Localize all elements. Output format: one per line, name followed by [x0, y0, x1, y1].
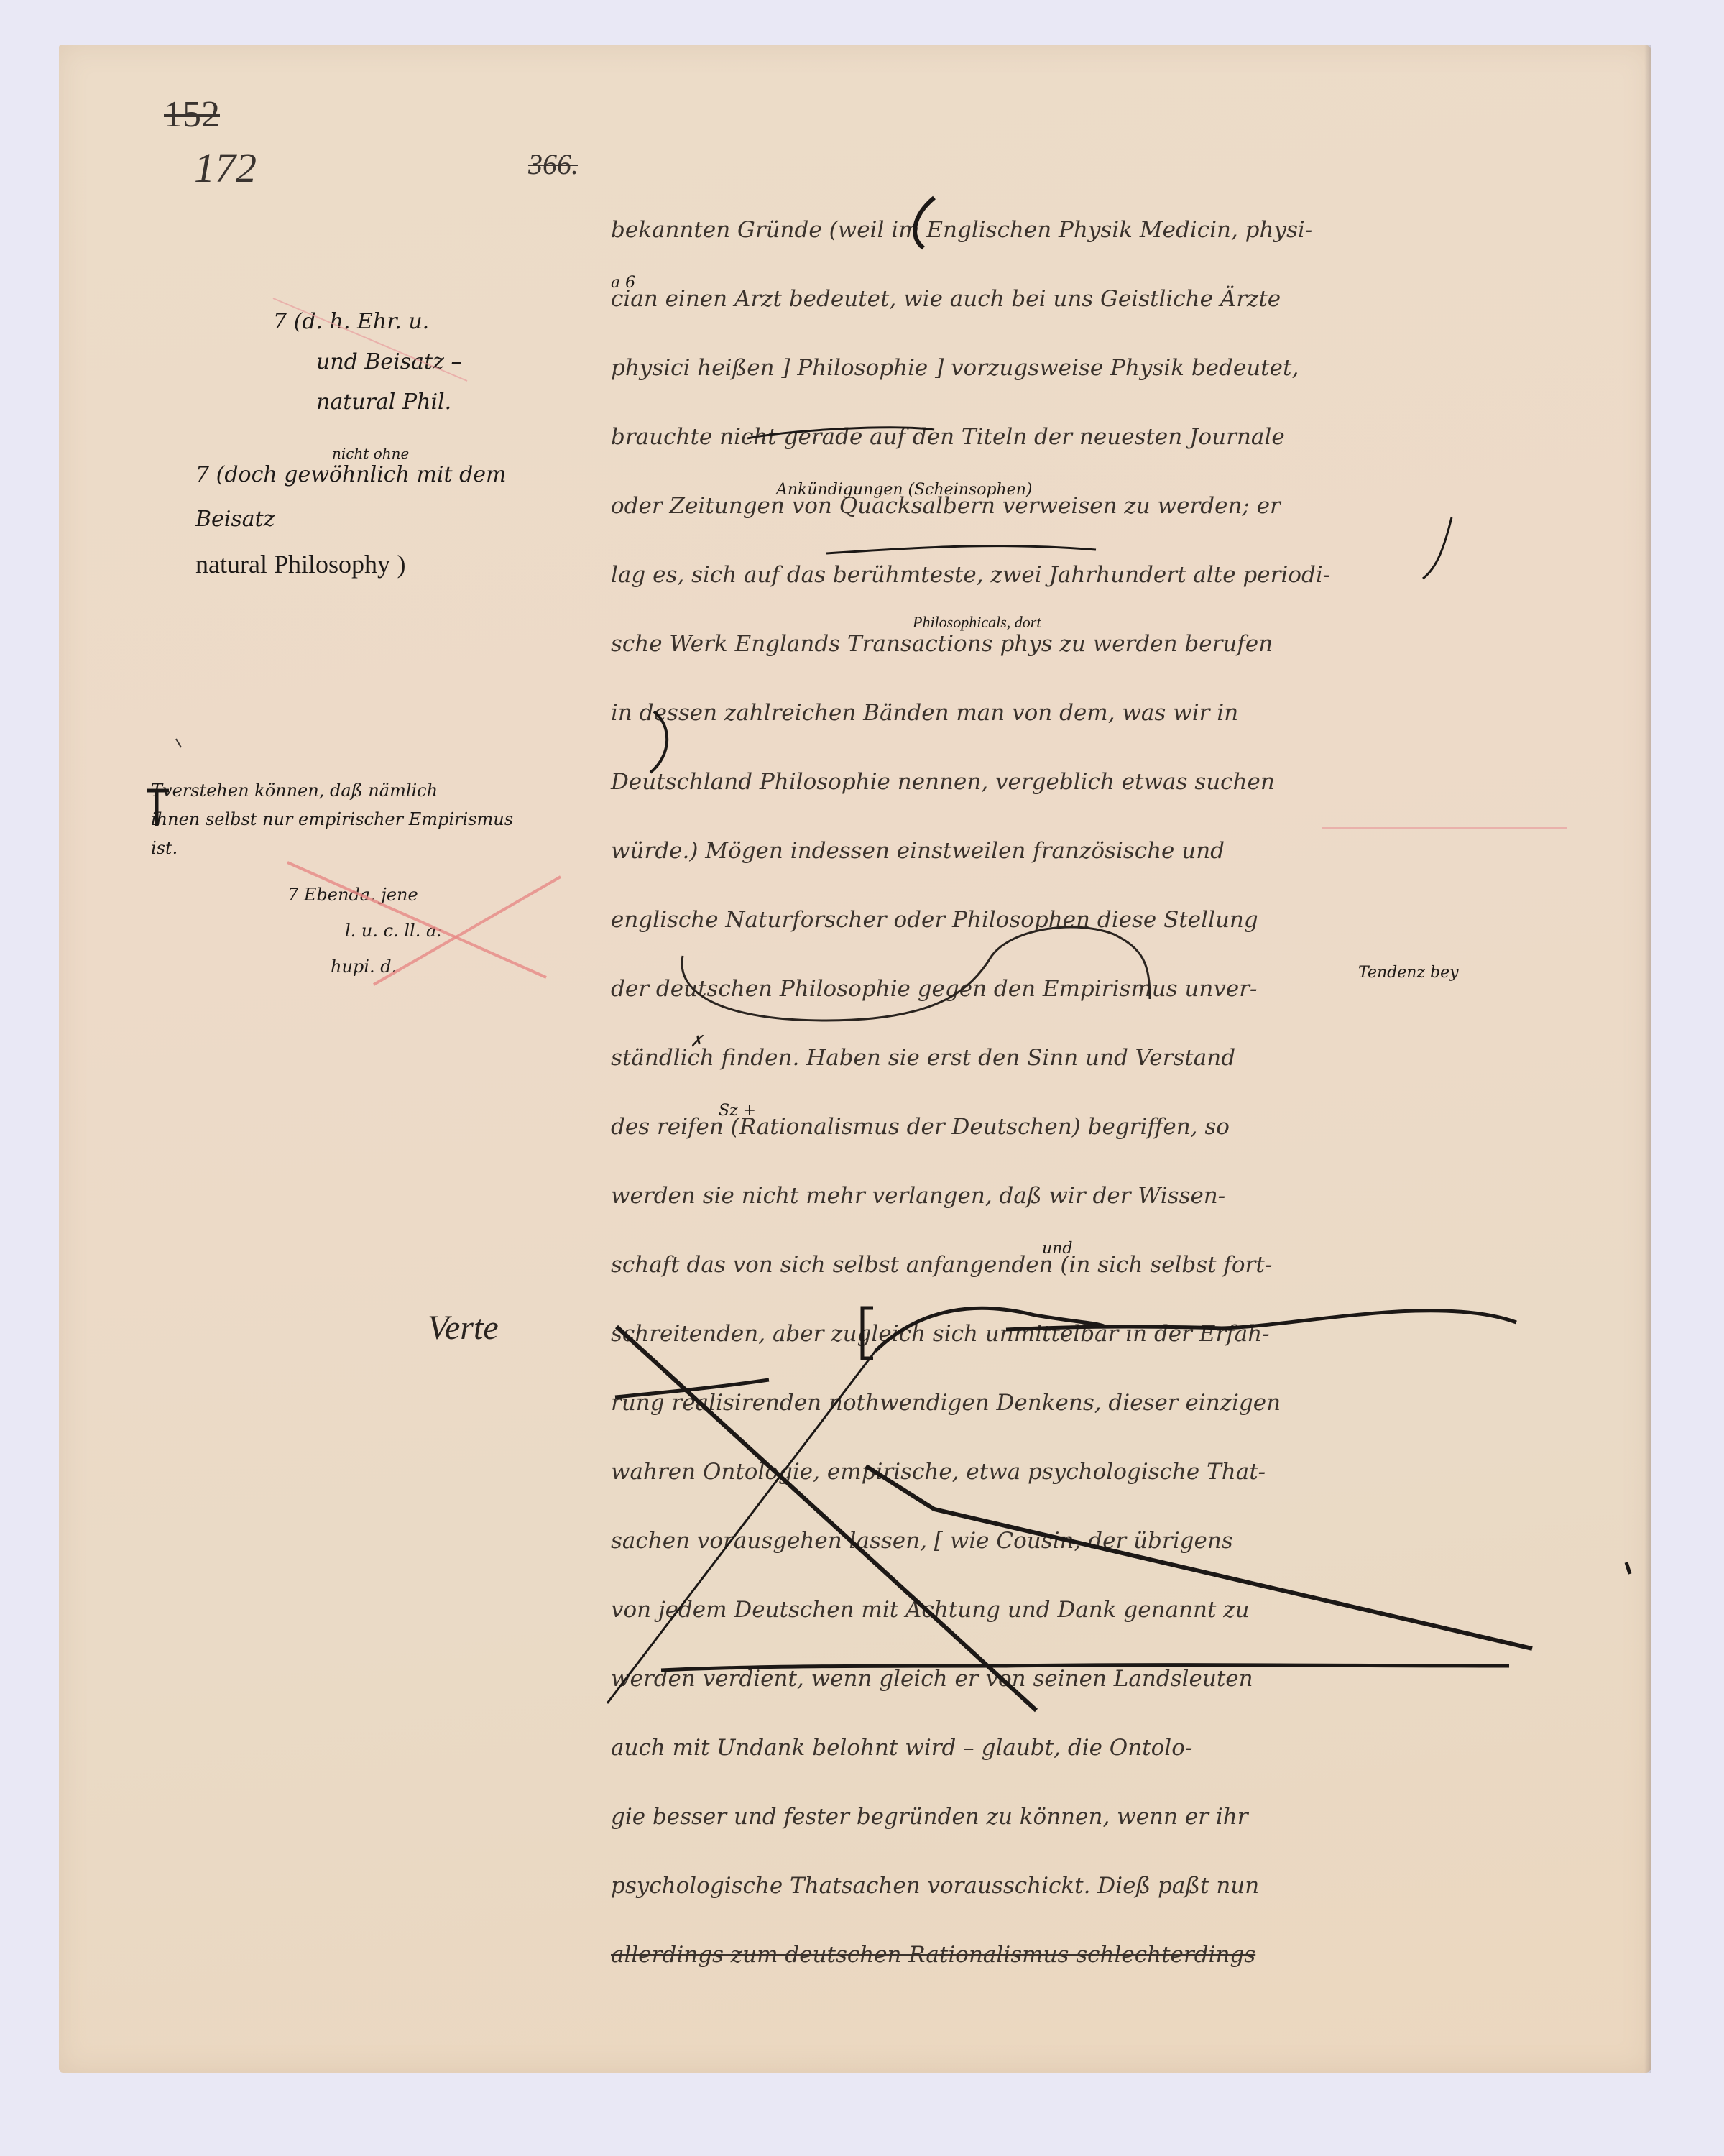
- margin-note-line: 7 Ebenda. jene: [287, 877, 546, 913]
- body-line: bekannten Gründe (weil im Englischen Phy…: [611, 208, 1631, 277]
- margin-note-line: ist.: [151, 834, 553, 862]
- margin-note-line: ihnen selbst nur empirischer Empirismus: [151, 805, 553, 834]
- margin-note-line: hupi. d.: [287, 949, 546, 985]
- body-line-struck: von jedem Deutschen mit Achtung und Dank…: [611, 1588, 1631, 1657]
- margin-note-line: Tverstehen können, daß nämlich: [151, 776, 553, 805]
- folio-number-new: 172: [194, 144, 257, 192]
- body-line: Sz +des reifen (Rationalismus der Deutsc…: [611, 1105, 1631, 1174]
- body-line-struck: psychologische Thatsachen vorausschickt.…: [611, 1864, 1631, 1933]
- body-line-struck: werden verdient, wenn gleich er von sein…: [611, 1657, 1631, 1726]
- margin-note-3: Tverstehen können, daß nämlich ihnen sel…: [151, 776, 553, 862]
- page-number: 366.: [528, 147, 578, 181]
- body-line: Ankündigungen (Scheinsophen)oder Zeitung…: [611, 484, 1631, 553]
- body-line: lag es, sich auf das berühmteste, zwei J…: [611, 553, 1631, 622]
- body-line-struck: allerdings zum deutschen Rationalismus s…: [611, 1933, 1631, 2002]
- body-line: Philosophicals, dortsche Werk Englands T…: [611, 622, 1631, 691]
- interlinear-insertion: nicht ohne: [332, 431, 409, 476]
- body-line: werden sie nicht mehr verlangen, daß wir…: [611, 1174, 1631, 1243]
- margin-note-3-struck: 7 Ebenda. jene l. u. c. ll. a: hupi. d.: [287, 877, 546, 985]
- body-line: in dessen zahlreichen Bänden man von dem…: [611, 691, 1631, 760]
- body-line: ✗ständlich finden. Haben sie erst den Si…: [611, 1036, 1631, 1105]
- margin-note-line: l. u. c. ll. a:: [287, 913, 546, 949]
- body-line: würde.) Mögen indessen einstweilen franz…: [611, 829, 1631, 898]
- body-line-struck: auch mit Undank belohnt wird – glaubt, d…: [611, 1726, 1631, 1795]
- margin-note-1: 7 (d. h. Ehr. u. und Beisatz – natural P…: [273, 302, 575, 423]
- margin-note-line: natural Phil.: [273, 382, 575, 423]
- body-line: wahren Ontologie, empirische, etwa psych…: [611, 1450, 1631, 1519]
- body-line: brauchte nicht gerade auf den Titeln der…: [611, 415, 1631, 484]
- body-line: Deutschland Philosophie nennen, vergebli…: [611, 760, 1631, 829]
- margin-note-2: 7 (doch gewöhnlich mit dem Beisatz nicht…: [195, 453, 533, 589]
- body-line: rung realisirenden nothwendigen Denkens,…: [611, 1381, 1631, 1450]
- body-line-struck: sachen vorausgehen lassen, [ wie Cousin,…: [611, 1519, 1631, 1588]
- folio-number-old: 152: [164, 93, 220, 136]
- body-line: physici heißen ] Philosophie ] vorzugswe…: [611, 346, 1631, 415]
- margin-note-line: 7 (d. h. Ehr. u.: [273, 302, 575, 342]
- margin-note-latin: natural Philosophy: [195, 550, 390, 579]
- body-line: schreitenden, aber zugleich sich unmitte…: [611, 1312, 1631, 1381]
- margin-note-line: und Beisatz –: [273, 342, 575, 382]
- paper-edge: [1644, 45, 1651, 2073]
- body-line: Tendenz beyder deutschen Philosophie geg…: [611, 967, 1631, 1036]
- body-line: englische Naturforscher oder Philosophen…: [611, 898, 1631, 967]
- body-text: bekannten Gründe (weil im Englischen Phy…: [611, 208, 1631, 2002]
- body-line-struck: gie besser und fester begründen zu könne…: [611, 1795, 1631, 1864]
- body-line: undschaft das von sich selbst anfangende…: [611, 1243, 1631, 1312]
- verte-note: Verte: [428, 1308, 499, 1347]
- body-line: a 6cian einen Arzt bedeutet, wie auch be…: [611, 277, 1631, 346]
